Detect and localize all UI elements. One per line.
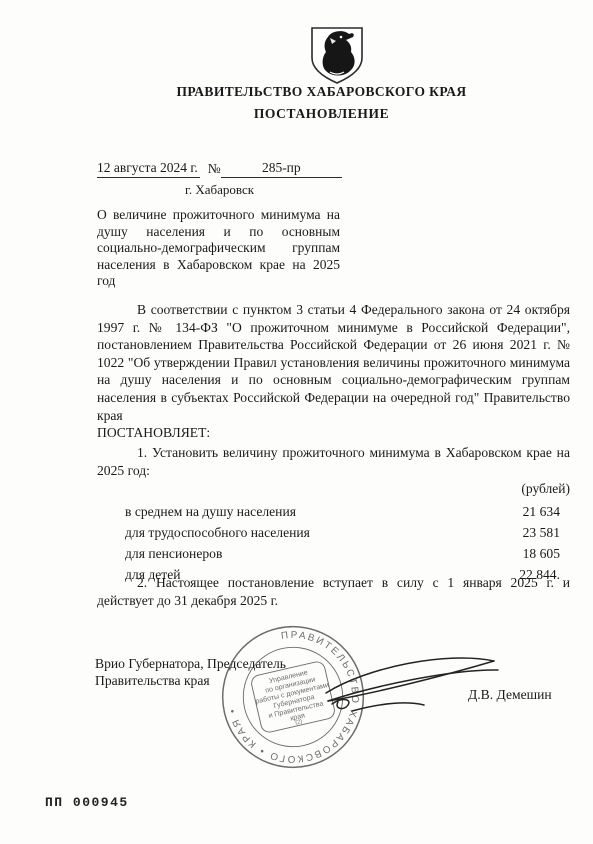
paragraph-preamble: В соответствии с пунктом 3 статьи 4 Феде… [97, 301, 570, 424]
document-page: ПРАВИТЕЛЬСТВО ХАБАРОВСКОГО КРАЯ ПОСТАНОВ… [0, 0, 593, 844]
signer-position: Врио Губернатора, Председатель Правитель… [95, 656, 325, 689]
row-label: для трудоспособного населения [97, 522, 310, 543]
table-row: в среднем на душу населения 21 634 [97, 501, 570, 522]
row-value: 18 605 [523, 543, 570, 564]
doc-city: г. Хабаровск [97, 182, 342, 198]
table-row: для трудоспособного населения 23 581 [97, 522, 570, 543]
doc-title: О величине прожиточного минимума на душу… [97, 207, 340, 290]
doc-type-title: ПОСТАНОВЛЕНИЕ [60, 106, 583, 122]
date-number-row: 12 августа 2024 г. № 285-пр [97, 160, 342, 178]
resolves-line: ПОСТАНОВЛЯЕТ: [97, 424, 570, 442]
signer-name: Д.В. Демешин [468, 687, 552, 703]
paragraph-item2: 2. Настоящее постановление вступает в си… [97, 574, 570, 609]
paragraph-item1: 1. Установить величину прожиточного мини… [97, 444, 570, 479]
row-value: 21 634 [523, 501, 570, 522]
signature-icon [322, 641, 507, 719]
minimum-values-table: в среднем на душу населения 21 634 для т… [97, 501, 570, 585]
doc-date: 12 августа 2024 г. [97, 160, 200, 178]
signer-position-line1: Врио Губернатора, Председатель [95, 656, 325, 673]
coat-of-arms-icon [308, 26, 366, 86]
units-label: (рублей) [97, 481, 570, 497]
body-block: В соответствии с пунктом 3 статьи 4 Феде… [97, 301, 570, 442]
blank-series-number: ПП 000945 [45, 795, 129, 810]
org-name: ПРАВИТЕЛЬСТВО ХАБАРОВСКОГО КРАЯ [60, 84, 583, 100]
row-label: в среднем на душу населения [97, 501, 296, 522]
signer-position-line2: Правительства края [95, 673, 325, 690]
number-sign: № [208, 161, 221, 178]
table-row: для пенсионеров 18 605 [97, 543, 570, 564]
row-label: для пенсионеров [97, 543, 222, 564]
doc-number: 285-пр [221, 160, 342, 178]
row-value: 23 581 [523, 522, 570, 543]
